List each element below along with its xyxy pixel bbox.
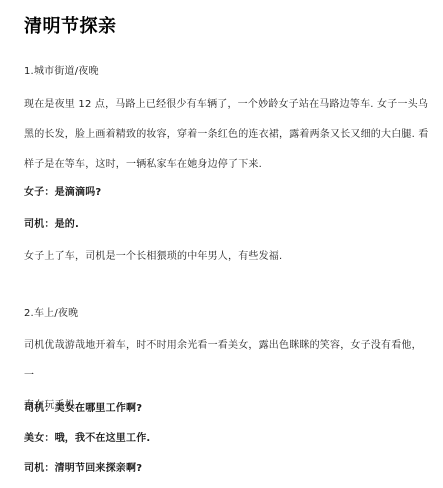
script-document-page: 清明节探亲 1.城市街道/夜晚 现在是夜里 12 点，马路上已经很少有车辆了，一… xyxy=(0,0,443,488)
document-title: 清明节探亲 xyxy=(24,15,429,39)
scene-1-dialogue-woman: 女子：是滴滴吗? xyxy=(24,186,429,200)
scene-1-action-paragraph: 现在是夜里 12 点，马路上已经很少有车辆了，一个妙龄女子站在马路边等车. 女子… xyxy=(24,90,429,180)
scene-2-dialogue-driver-1: 司机：美女在哪里工作啊? xyxy=(24,402,429,416)
scene-1-heading: 1.城市街道/夜晚 xyxy=(24,65,429,79)
scene-2-dialogue-woman: 美女：哦，我不在这里工作. xyxy=(24,432,429,446)
scene-1-action-line: 女子上了车，司机是一个长相猥琐的中年男人，有些发福. xyxy=(24,250,429,264)
scene-2-dialogue-driver-2: 司机：清明节回来探亲啊? xyxy=(24,462,429,476)
scene-2-heading: 2.车上/夜晚 xyxy=(24,307,429,321)
scene-1-dialogue-driver: 司机：是的. xyxy=(24,218,429,232)
